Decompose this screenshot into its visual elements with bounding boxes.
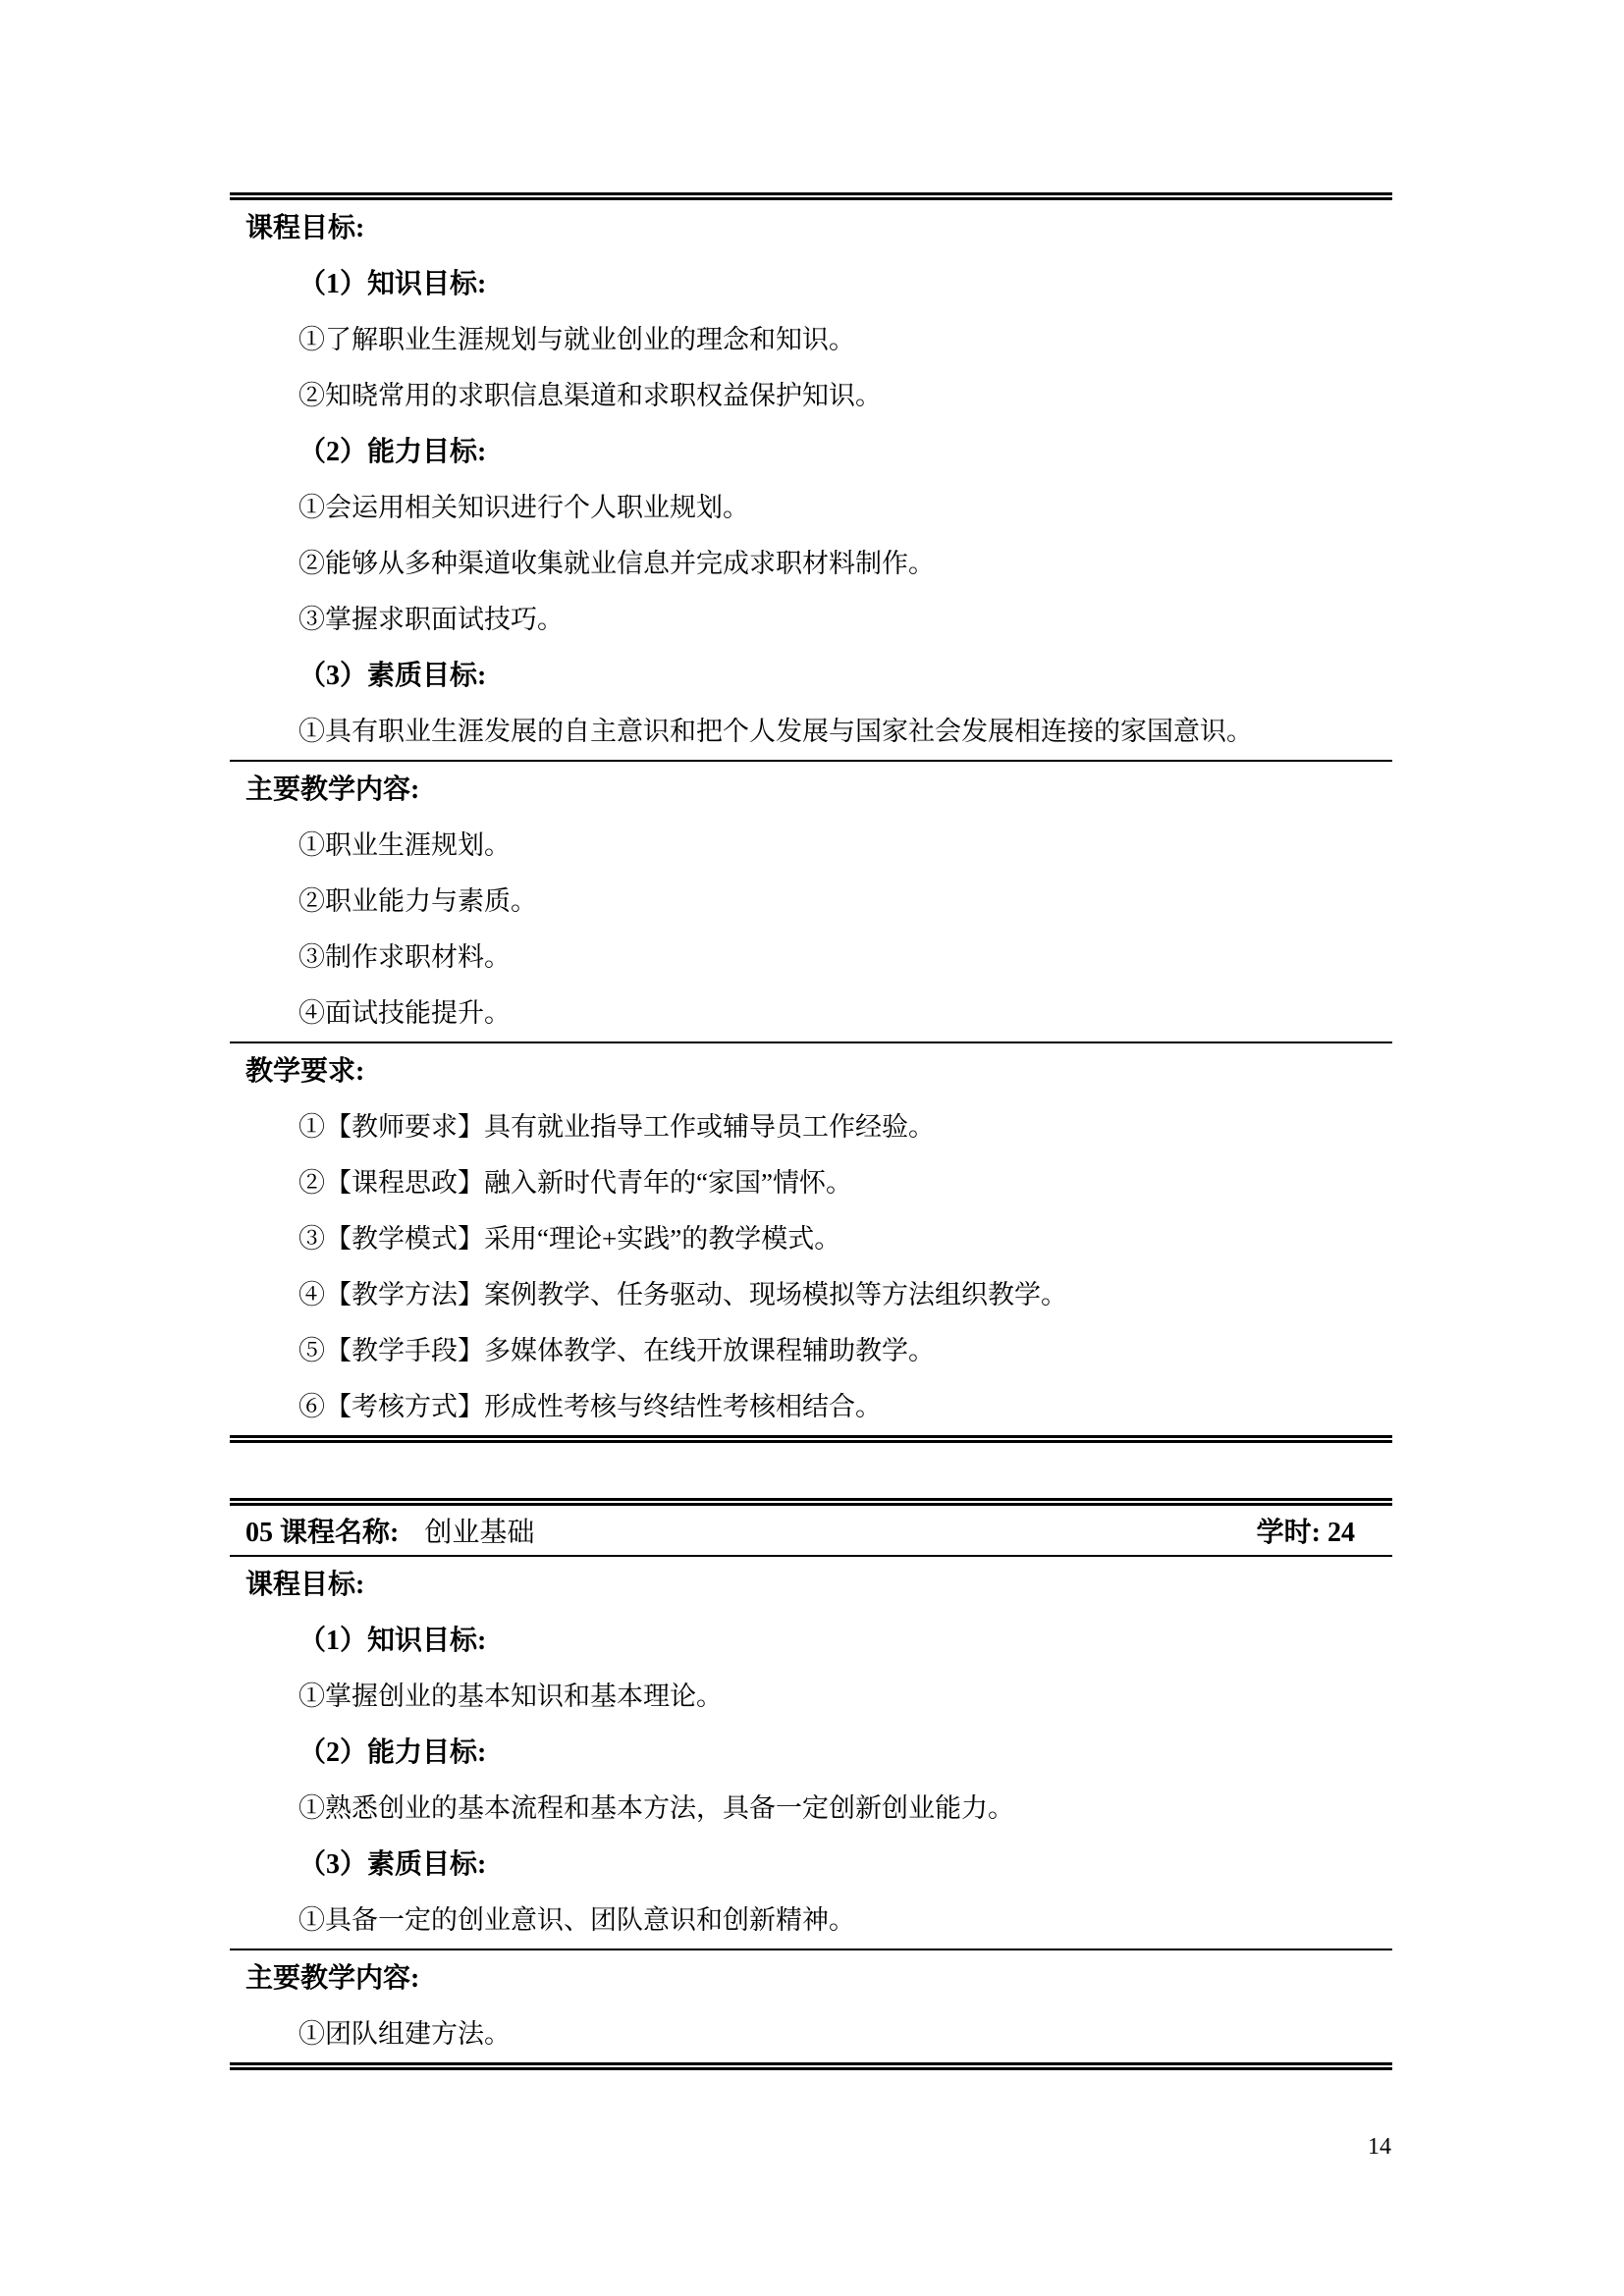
page-number: 14 [1368,2135,1391,2159]
text-line: ①了解职业生涯规划与就业创业的理念和知识。 [245,312,1377,368]
text-line: （3）素质目标: [245,648,1377,704]
text-line: ③制作求职材料。 [245,930,1377,986]
text-line: 课程目标: [245,200,1377,256]
text-line: （2）能力目标: [245,424,1377,480]
text-line: 主要教学内容: [245,1950,1377,2006]
text-line: ②能够从多种渠道收集就业信息并完成求职材料制作。 [245,536,1377,592]
text-line: ①会运用相关知识进行个人职业规划。 [245,480,1377,536]
course-table: 05 课程名称:创业基础学时: 24课程目标:（1）知识目标:①掌握创业的基本知… [230,1498,1392,2070]
text-line: ③【教学模式】采用“理论+实践”的教学模式。 [245,1211,1377,1267]
text-line: ④面试技能提升。 [245,986,1377,1041]
text-line: ①团队组建方法。 [245,2006,1377,2062]
text-line: （1）知识目标: [245,1613,1377,1669]
text-line: ②【课程思政】融入新时代青年的“家国”情怀。 [245,1155,1377,1211]
course-hours-label: 学时: 24 [1257,1511,1355,1550]
table-section: 主要教学内容:①团队组建方法。 [230,1949,1392,2062]
course-title: 05 课程名称:创业基础 [245,1511,534,1550]
course-name: 创业基础 [424,1518,534,1548]
text-line: ②职业能力与素质。 [245,874,1377,930]
text-line: （1）知识目标: [245,256,1377,312]
text-line: ⑥【考核方式】形成性考核与终结性考核相结合。 [245,1379,1377,1435]
text-line: ③掌握求职面试技巧。 [245,592,1377,648]
text-line: ①职业生涯规划。 [245,818,1377,874]
table-section: 课程目标:（1）知识目标:①了解职业生涯规划与就业创业的理念和知识。②知晓常用的… [230,200,1392,760]
course-table: 课程目标:（1）知识目标:①了解职业生涯规划与就业创业的理念和知识。②知晓常用的… [230,192,1392,1443]
course-header-row: 05 课程名称:创业基础学时: 24 [230,1506,1392,1555]
text-line: ②知晓常用的求职信息渠道和求职权益保护知识。 [245,368,1377,424]
text-line: ①掌握创业的基本知识和基本理论。 [245,1669,1377,1725]
text-line: 课程目标: [245,1557,1377,1613]
text-line: ⑤【教学手段】多媒体教学、在线开放课程辅助教学。 [245,1323,1377,1379]
text-line: ①【教师要求】具有就业指导工作或辅导员工作经验。 [245,1099,1377,1155]
text-line: 教学要求: [245,1043,1377,1099]
document-content: 课程目标:（1）知识目标:①了解职业生涯规划与就业创业的理念和知识。②知晓常用的… [230,192,1392,2070]
text-line: ①具备一定的创业意识、团队意识和创新精神。 [245,1893,1377,1949]
course-number-label: 05 课程名称: [245,1518,399,1548]
table-section: 教学要求:①【教师要求】具有就业指导工作或辅导员工作经验。②【课程思政】融入新时… [230,1041,1392,1435]
document-page: 课程目标:（1）知识目标:①了解职业生涯规划与就业创业的理念和知识。②知晓常用的… [0,0,1624,2296]
table-section: 课程目标:（1）知识目标:①掌握创业的基本知识和基本理论。（2）能力目标:①熟悉… [230,1555,1392,1949]
text-line: 主要教学内容: [245,762,1377,818]
text-line: （3）素质目标: [245,1837,1377,1893]
table-section: 主要教学内容:①职业生涯规划。②职业能力与素质。③制作求职材料。④面试技能提升。 [230,760,1392,1041]
text-line: ④【教学方法】案例教学、任务驱动、现场模拟等方法组织教学。 [245,1267,1377,1323]
text-line: ①熟悉创业的基本流程和基本方法，具备一定创新创业能力。 [245,1781,1377,1837]
text-line: （2）能力目标: [245,1725,1377,1781]
text-line: ①具有职业生涯发展的自主意识和把个人发展与国家社会发展相连接的家国意识。 [245,704,1377,760]
